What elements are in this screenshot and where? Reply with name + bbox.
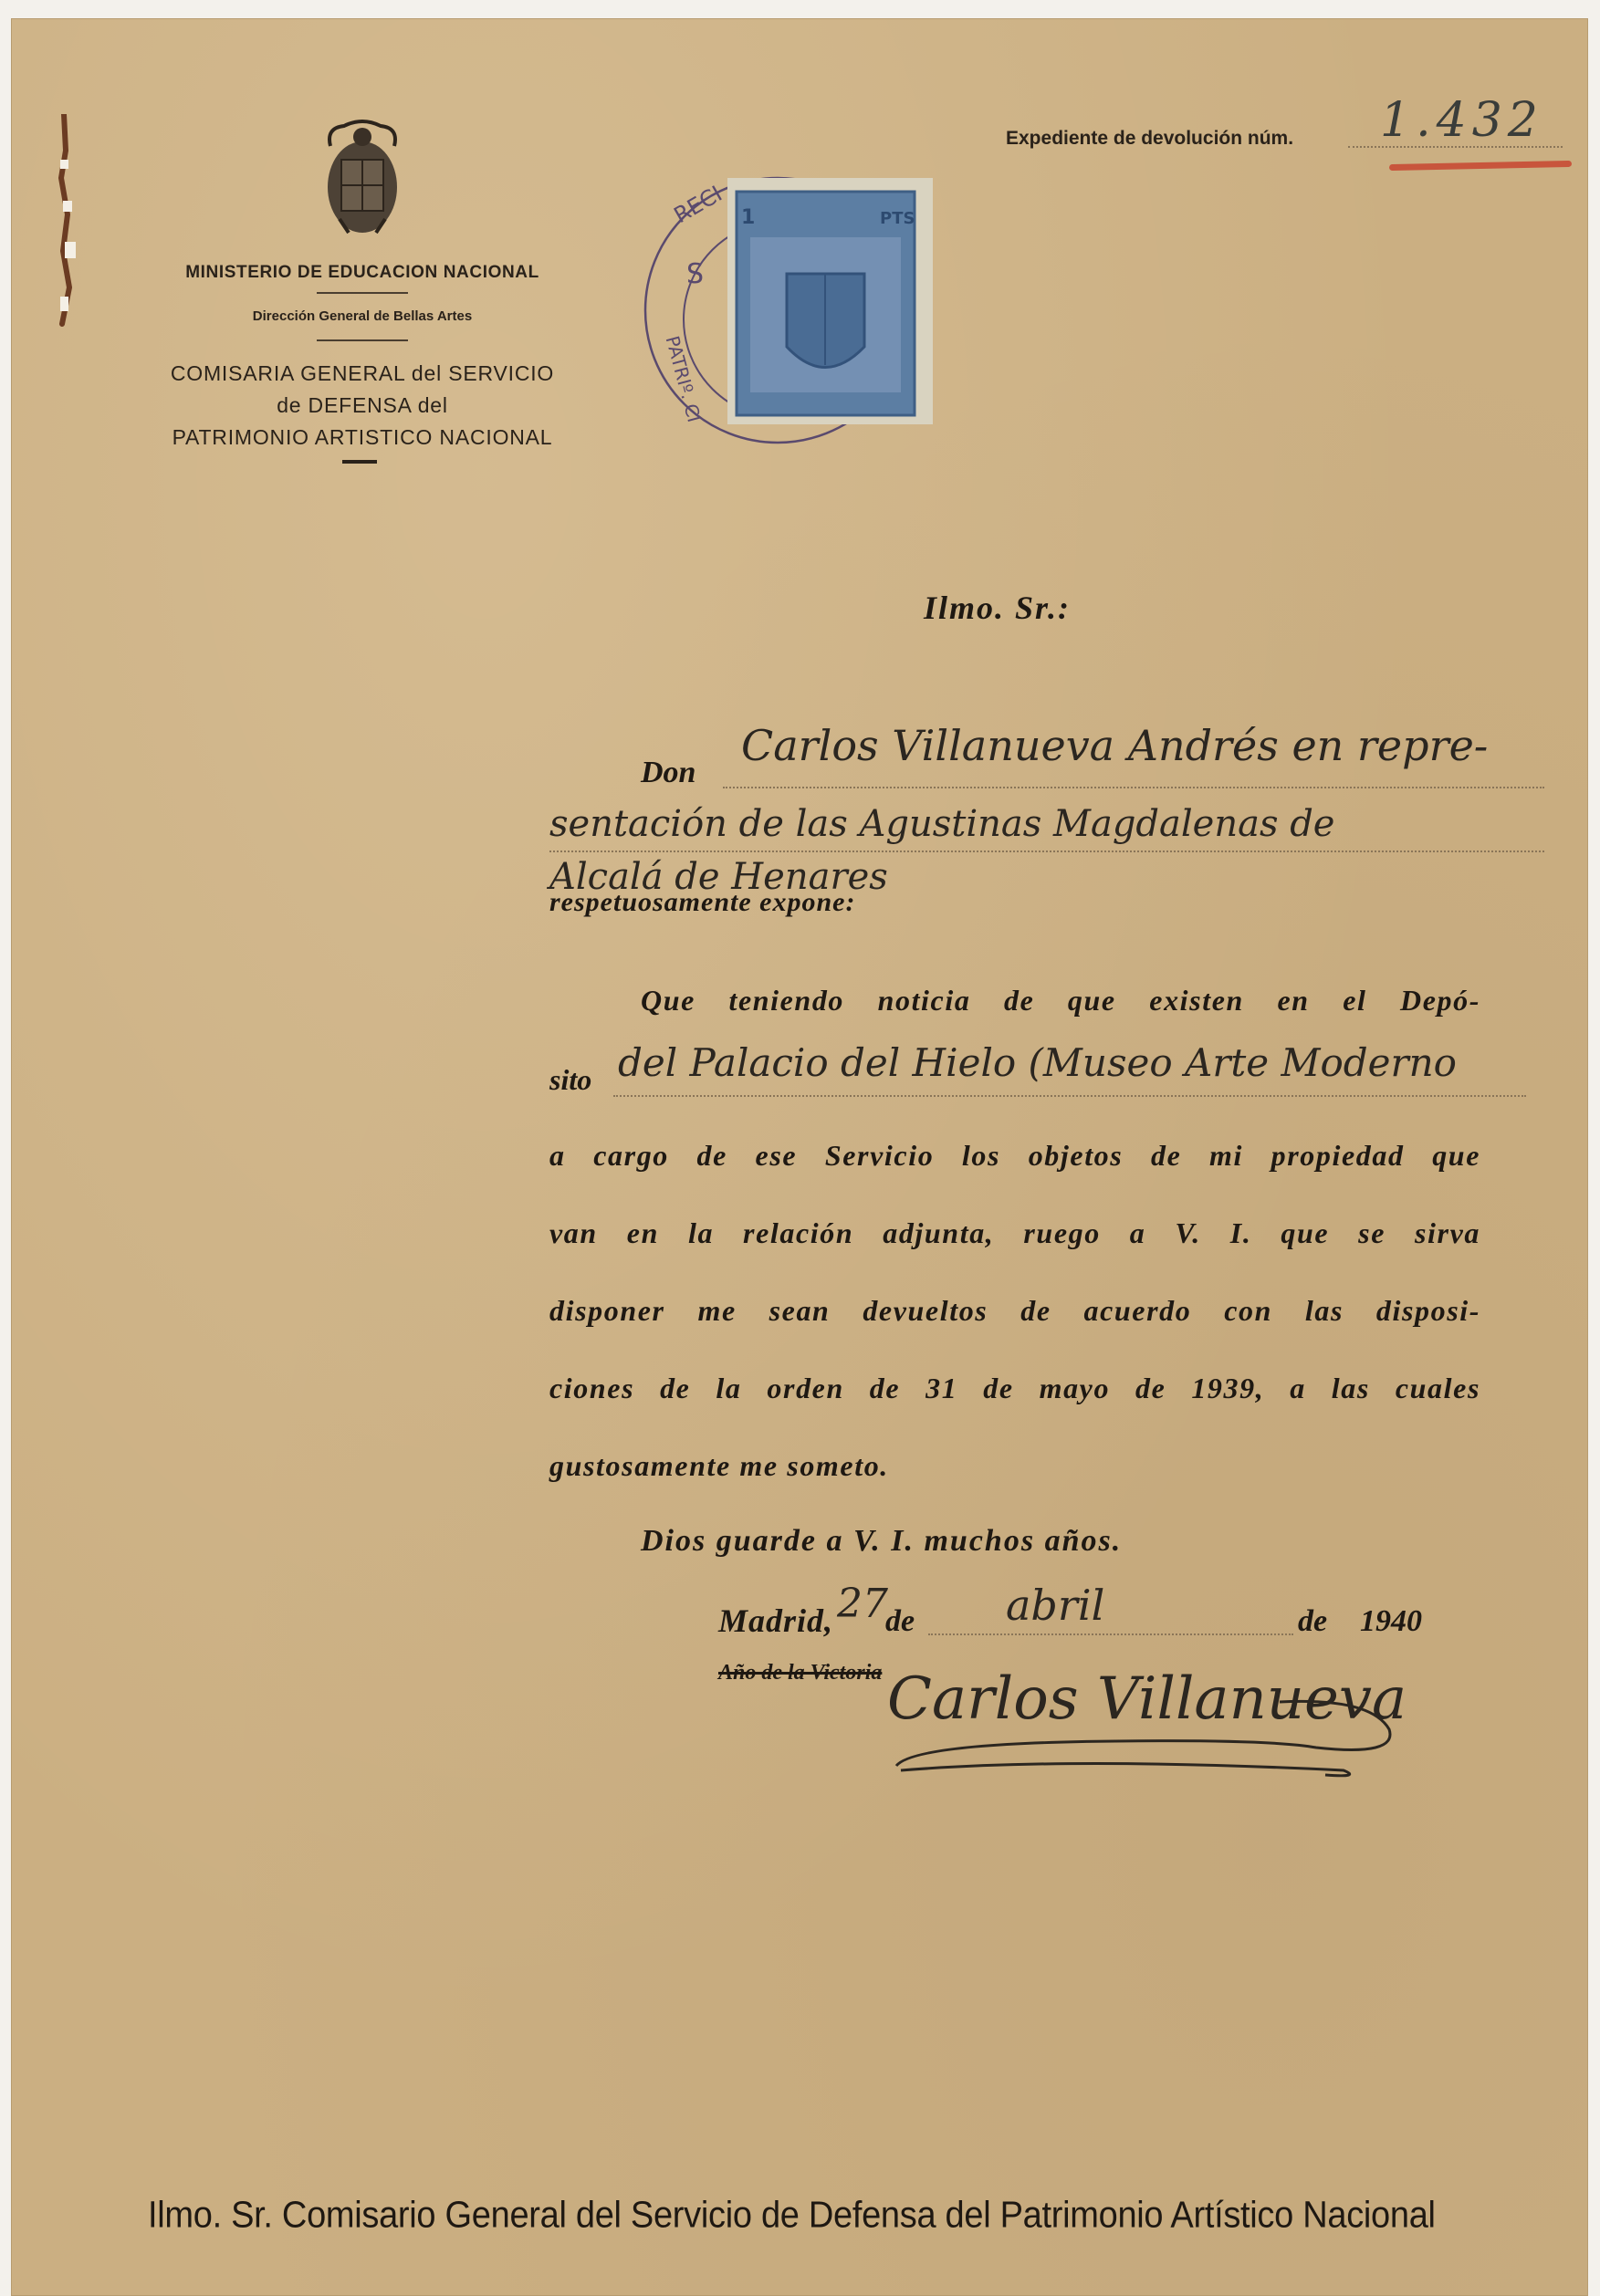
field-line [723,787,1544,788]
comisaria-name: COMISARIA GENERAL del SERVICIO de DEFENS… [148,358,577,454]
field-line [613,1095,1526,1097]
comisaria-line-1: COMISARIA GENERAL del SERVICIO [148,358,577,390]
field-line [928,1633,1293,1635]
expediente-red-underline [1389,161,1572,171]
date-de: de [1298,1604,1327,1639]
body-line-7: gustosamente me someto. [549,1449,889,1483]
body-line-6: ciones de la orden de 31 de mayo de 1939… [549,1372,1480,1405]
svg-text:1: 1 [741,206,755,229]
salutation: Ilmo. Sr.: [924,589,1071,627]
coat-of-arms-icon [312,119,413,237]
direccion-name: Dirección General de Bellas Artes [148,308,577,324]
body-line-1: Que teniendo noticia de que existen en e… [641,984,1480,1018]
body-line-3: a cargo de ese Servicio los objetos de m… [549,1139,1480,1173]
comisaria-line-3: PATRIMONIO ARTISTICO NACIONAL [148,422,577,454]
expediente-label: Expediente de devolución núm. [1006,128,1293,150]
body-line-4: van en la relación adjunta, ruego a V. I… [549,1216,1480,1250]
revenue-stamp-icon: 1 PTS RECI PATRIº. CI S [641,173,933,465]
svg-text:PTS: PTS [880,209,915,228]
body-line-5: disponer me sean devueltos de acuerdo co… [549,1294,1480,1328]
place: Madrid, [718,1602,833,1640]
expone-text: respetuosamente expone: [549,887,855,918]
deposito-handwritten: del Palacio del Hielo (Museo Arte Modern… [618,1040,1457,1085]
divider [317,339,408,341]
footer-addressee: Ilmo. Sr. Comisario General del Servicio… [148,2195,1436,2237]
svg-text:PATRIº. CI: PATRIº. CI [662,333,706,424]
ministry-name: MINISTERIO DE EDUCACION NACIONAL [148,263,577,283]
divider [342,460,377,464]
date-year: 1940 [1360,1604,1422,1639]
staple-damage-icon [47,114,80,333]
date-day: 27 [837,1581,888,1627]
date-de: de [885,1604,915,1639]
closing-blessing: Dios guarde a V. I. muchos años. [641,1524,1122,1559]
date-month: abril [1006,1581,1104,1630]
ano-victoria-struck: Año de la Victoria [718,1661,882,1685]
petitioner-handwritten-1: Carlos Villanueva Andrés en repre- [741,721,1488,770]
signature-flourish-icon [887,1679,1417,1779]
document-page: MINISTERIO DE EDUCACION NACIONAL Direcci… [11,18,1588,2296]
svg-text:RECI: RECI [670,181,727,228]
divider [317,292,408,294]
field-line [549,851,1544,852]
svg-text:S: S [686,258,704,290]
comisaria-line-2: de DEFENSA del [148,390,577,422]
don-label: Don [641,756,695,790]
petitioner-handwritten-2: sentación de las Agustinas Magdalenas de [549,803,1334,845]
body-line-2-prefix: sito [549,1063,591,1097]
expediente-number: 1.432 [1380,93,1543,148]
